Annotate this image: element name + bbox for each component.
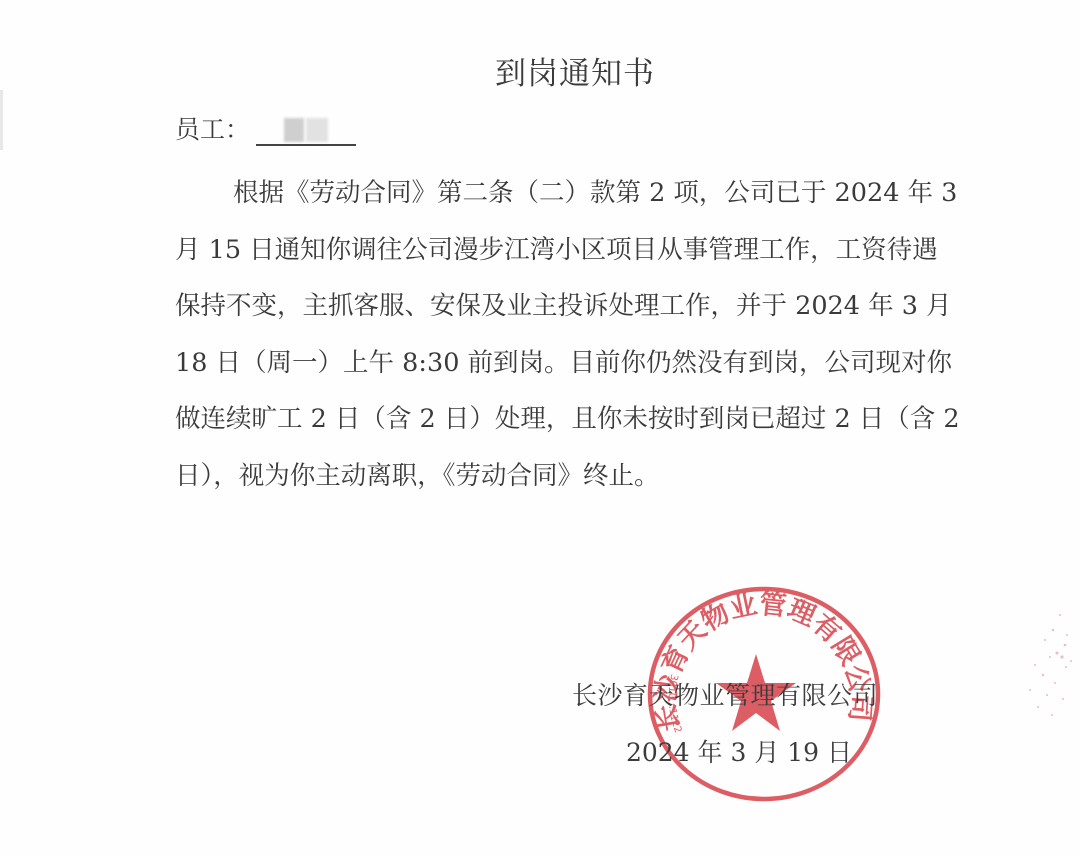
employee-label: 员工：	[175, 110, 250, 146]
redaction-block	[306, 118, 328, 142]
body-line: 做连续旷工 2 日（含 2 日）处理，且你未按时到岗已超过 2 日（含 2	[175, 391, 920, 448]
body-line: 日），视为你主动离职，《劳动合同》终止。	[175, 448, 920, 505]
scan-edge-mark	[0, 90, 3, 150]
body-line: 月 15 日通知你调往公司漫步江湾小区项目从事管理工作，工资待遇	[175, 222, 920, 279]
redaction-block	[284, 118, 304, 142]
body-line: 18 日（周一）上午 8:30 前到岗。目前你仍然没有到岗，公司现对你	[175, 335, 920, 392]
body-line: 保持不变，主抓客服、安保及业主投诉处理工作，并于 2024 年 3 月	[175, 278, 920, 335]
employee-line: 员工：	[175, 110, 356, 146]
employee-name-redacted	[256, 116, 356, 146]
scan-noise-speckles	[1005, 595, 1080, 735]
document-title: 到岗通知书	[0, 48, 1080, 93]
notice-body: 根据《劳动合同》第二条（二）款第 2 项，公司已于 2024 年 3 月 15 …	[175, 165, 920, 504]
signature-date: 2024 年 3 月 19 日	[574, 733, 904, 769]
document-page: 到岗通知书 员工： 根据《劳动合同》第二条（二）款第 2 项，公司已于 2024…	[0, 0, 1080, 856]
body-line: 根据《劳动合同》第二条（二）款第 2 项，公司已于 2024 年 3	[175, 165, 920, 222]
signature-company: 长沙育天物业管理有限公司	[560, 676, 890, 712]
